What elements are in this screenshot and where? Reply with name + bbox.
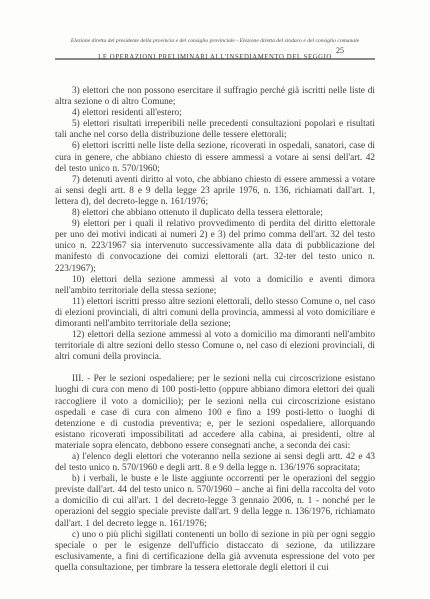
list-item-4: 4) elettori residenti all'estero; [55, 108, 375, 119]
list-item-a: a) l'elenco degli elettori che voteranno… [55, 452, 375, 474]
page-content: Elezione diretta del presidente della pr… [55, 38, 375, 574]
list-item-8: 8) elettori che abbiano ottenuto il dupl… [55, 208, 375, 219]
header-title-row: LE OPERAZIONI PRELIMINARI ALL'INSEDIAMEN… [55, 46, 375, 55]
page-number: 25 [336, 46, 344, 55]
running-title: Elezione diretta del presidente della pr… [55, 38, 375, 45]
section-title: LE OPERAZIONI PRELIMINARI ALL'INSEDIAMEN… [98, 53, 332, 62]
list-item-5: 5) elettori risultati irreperibili nelle… [55, 119, 375, 141]
body-text: 3) elettori che non possono esercitare i… [55, 86, 375, 574]
list-item-10: 10) elettori della sezione ammessi al vo… [55, 275, 375, 297]
page-header: Elezione diretta del presidente della pr… [55, 38, 375, 60]
list-item-11: 11) elettori iscritti presso altre sezio… [55, 297, 375, 330]
list-item-12: 12) elettori della sezione ammessi al vo… [55, 330, 375, 363]
list-item-9: 9) elettori per i quali il relativo prov… [55, 219, 375, 274]
list-item-7: 7) detenuti aventi diritto al voto, che … [55, 175, 375, 208]
list-item-6: 6) elettori iscritti nelle liste della s… [55, 141, 375, 174]
list-item-3: 3) elettori che non possono esercitare i… [55, 86, 375, 108]
list-item-b: b) i verbali, le buste e le liste aggiun… [55, 474, 375, 529]
list-item-c: c) uno o più plichi sigillati contenenti… [55, 530, 375, 574]
document-page: Elezione diretta del presidente della pr… [0, 0, 430, 599]
section-iii-paragraph: III. - Per le sezioni ospedaliere; per l… [55, 374, 375, 452]
